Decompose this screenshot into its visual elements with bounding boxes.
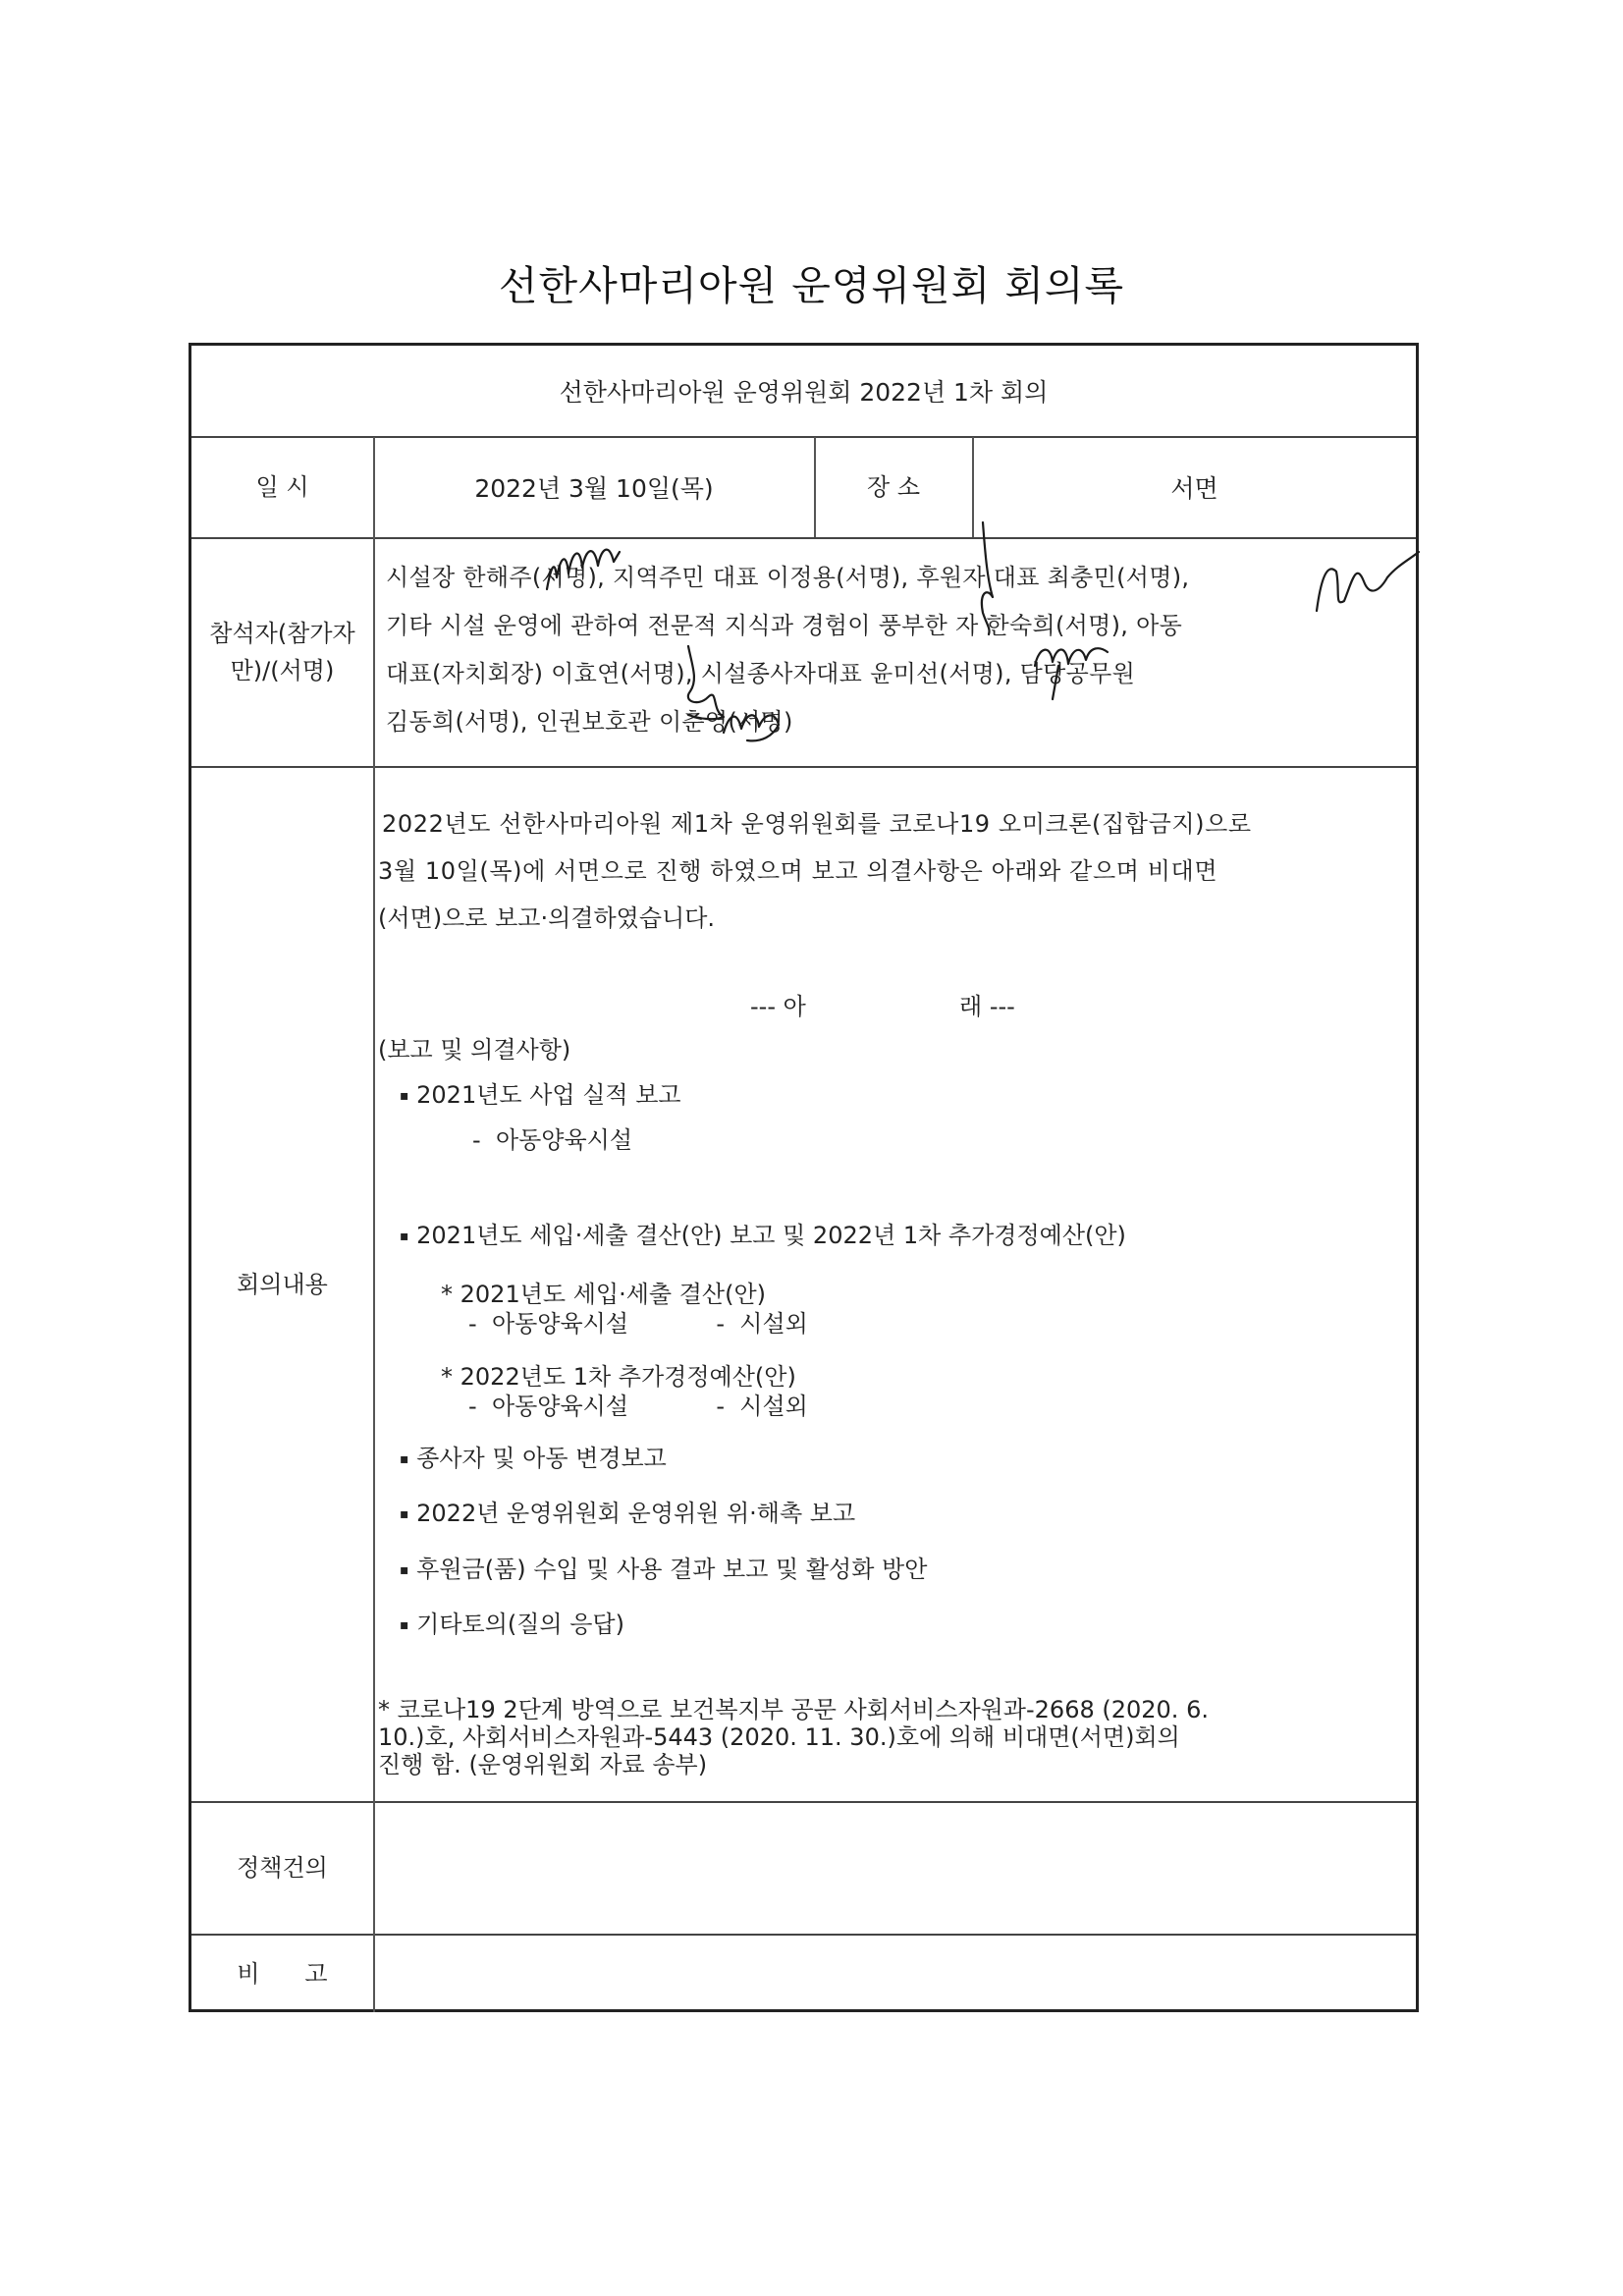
attendees-cell: 시설장 한해주(서명), 지역주민 대표 이정용(서명), 후원자 대표 최충민…	[374, 538, 1416, 766]
agenda-item: ▪ 기타토의(질의 응답)	[400, 1605, 624, 1639]
attendees-line: 시설장 한해주(서명), 지역주민 대표 이정용(서명), 후원자 대표 최충민…	[386, 554, 1412, 602]
note-line: 10.)호, 사회서비스자원과-5443 (2020. 11. 30.)호에 의…	[378, 1723, 1180, 1751]
agenda-subitem: - 아동양육시설	[472, 1121, 632, 1155]
bullet-square-icon: ▪	[400, 1451, 409, 1467]
asterisk-bullet: *	[441, 1363, 453, 1391]
agenda-item: ▪ 2022년 운영위원회 운영위원 위·해촉 보고	[400, 1494, 855, 1528]
intro-line: 3월 10일(목)에 서면으로 진행 하였으며 보고 의결사항은 아래와 같으며…	[378, 851, 1217, 886]
attendees-text: 시설장 한해주(서명), 지역주민 대표 이정용(서명), 후원자 대표 최충민…	[386, 554, 1412, 746]
remarks-value	[374, 1935, 1416, 2012]
agenda-item: ▪ 후원금(품) 수입 및 사용 결과 보고 및 활성화 방안	[400, 1550, 927, 1584]
agenda-item: ▪ 2021년도 사업 실적 보고	[400, 1075, 681, 1110]
attendees-line: 김동희(서명), 인권보호관 이춘영(서명)	[386, 698, 1412, 746]
scan-artifact	[1188, 43, 1247, 47]
attendees-label-line1: 참석자(참가자	[209, 615, 354, 652]
content-label: 회의내용	[191, 767, 373, 1801]
dash-bullet: -	[716, 1310, 725, 1338]
datetime-label: 일 시	[191, 437, 373, 537]
note-line: 진행 함. (운영위원회 자료 송부)	[378, 1751, 707, 1778]
below-marker-left: --- 아	[750, 987, 806, 1021]
agenda-item: ▪ 종사자 및 아동 변경보고	[400, 1439, 667, 1473]
attendees-line: 기타 시설 운영에 관하여 전문적 지식과 경험이 풍부한 자 한숙희(서명),…	[386, 602, 1412, 650]
bullet-square-icon: ▪	[400, 1506, 409, 1522]
below-marker-right: 래 ---	[959, 987, 1015, 1021]
remarks-label: 비 고	[191, 1935, 373, 2012]
datetime-value: 2022년 3월 10일(목)	[374, 437, 814, 537]
bullet-square-icon: ▪	[400, 1562, 409, 1578]
policy-value	[374, 1802, 1416, 1934]
meeting-header: 선한사마리아원 운영위원회 2022년 1차 회의	[191, 346, 1416, 436]
dash-bullet: -	[468, 1310, 477, 1338]
attendees-label-line2: 만)/(서명)	[231, 652, 335, 689]
asterisk-bullet: *	[441, 1281, 453, 1308]
place-value: 서면	[973, 437, 1416, 537]
bullet-square-icon: ▪	[400, 1088, 409, 1104]
dash-bullet: -	[716, 1393, 725, 1420]
document-title: 선한사마리아원 운영위원회 회의록	[0, 253, 1623, 311]
note-line: * 코로나19 2단계 방역으로 보건복지부 공문 사회서비스자원과-2668 …	[378, 1696, 1209, 1723]
place-label: 장 소	[815, 437, 972, 537]
content-cell: 2022년도 선한사마리아원 제1차 운영위원회를 코로나19 오미크론(집합금…	[374, 767, 1416, 1801]
agenda-subitem: - 아동양육시설 - 시설외	[468, 1387, 808, 1421]
bullet-square-icon: ▪	[400, 1617, 409, 1633]
intro-line: (서면)으로 보고·의결하였습니다.	[378, 899, 715, 933]
attendees-label: 참석자(참가자 만)/(서명)	[191, 538, 373, 766]
intro-line: 2022년도 선한사마리아원 제1차 운영위원회를 코로나19 오미크론(집합금…	[382, 804, 1252, 839]
minutes-table: 선한사마리아원 운영위원회 2022년 1차 회의 일 시 2022년 3월 1…	[189, 343, 1419, 2012]
section-heading: (보고 및 의결사항)	[378, 1030, 570, 1065]
policy-label: 정책건의	[191, 1802, 373, 1934]
agenda-item: ▪ 2021년도 세입·세출 결산(안) 보고 및 2022년 1차 추가경정예…	[400, 1216, 1126, 1250]
dash-bullet: -	[468, 1393, 477, 1420]
bullet-square-icon: ▪	[400, 1229, 409, 1244]
attendees-line: 대표(자치회장) 이효연(서명), 시설종사자대표 윤미선(서명), 담당공무원	[386, 650, 1412, 698]
dash-bullet: -	[472, 1126, 481, 1154]
agenda-subitem: - 아동양육시설 - 시설외	[468, 1304, 808, 1339]
